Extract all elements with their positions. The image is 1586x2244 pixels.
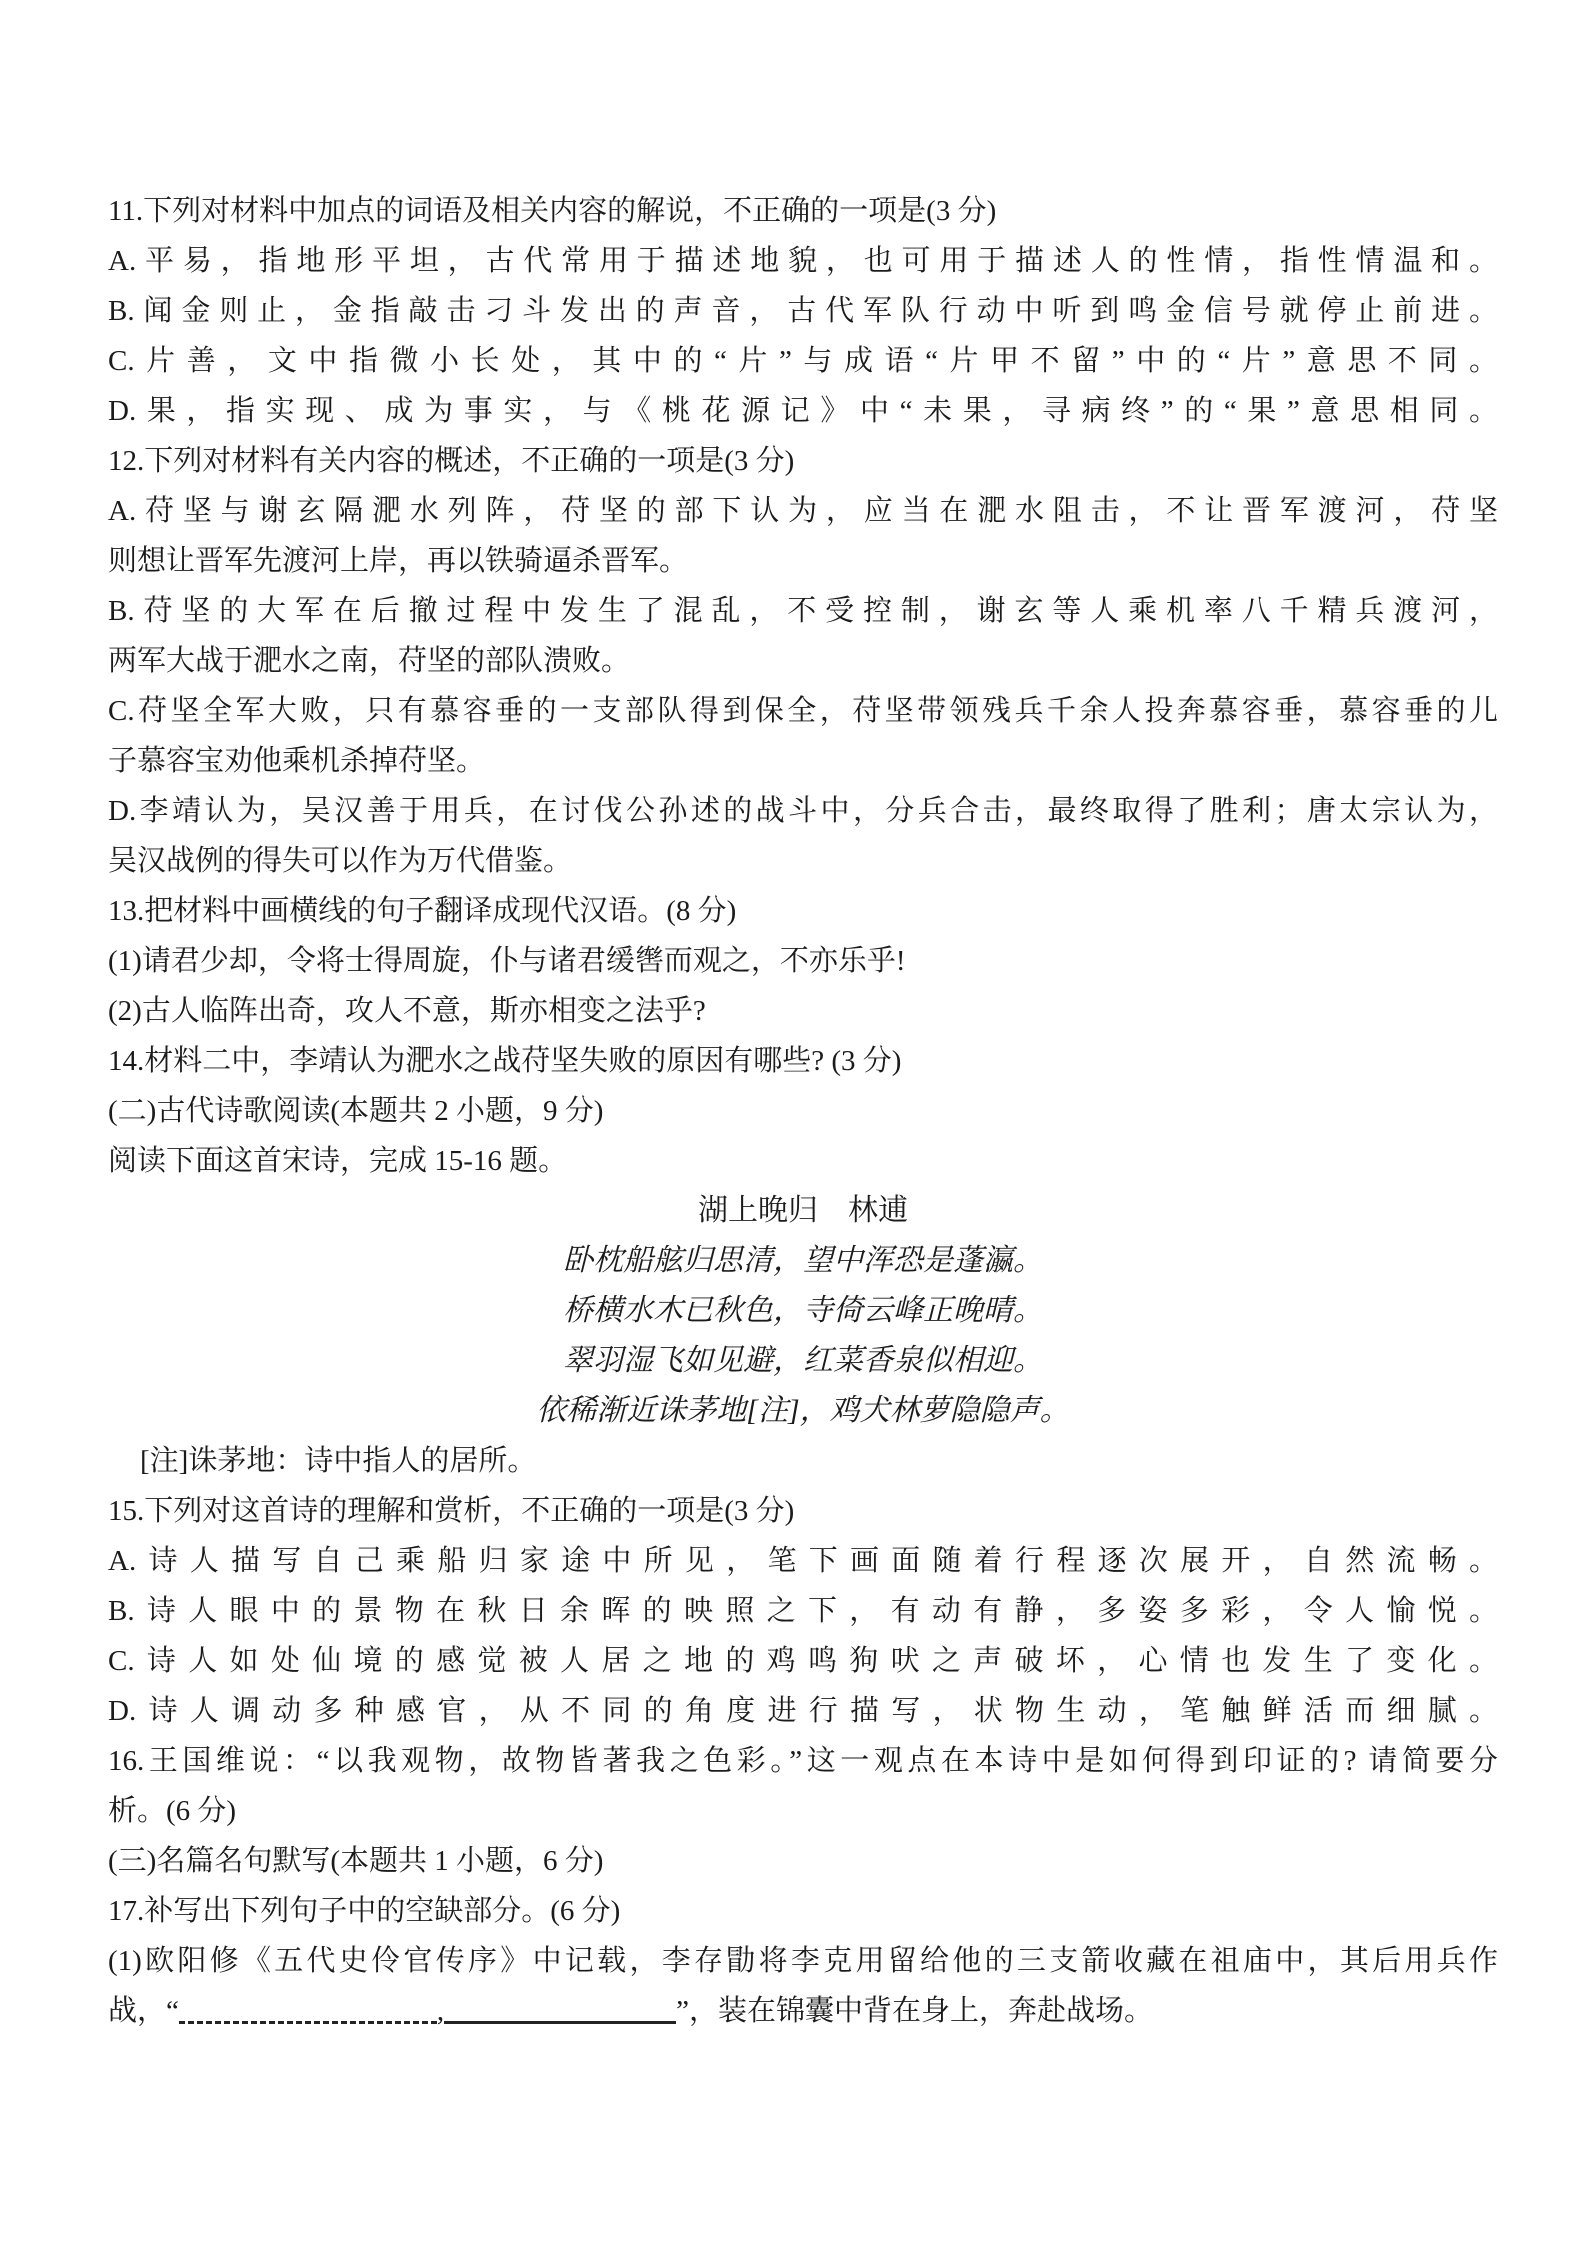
q11-stem: 11.下列对材料中加点的词语及相关内容的解说，不正确的一项是(3 分)	[108, 186, 1498, 236]
poem-line-3: 翠羽湿飞如见避，红菜香泉似相迎。	[108, 1336, 1498, 1386]
q12-option-d-line1: D.李靖认为，吴汉善于用兵，在讨伐公孙述的战斗中，分兵合击，最终取得了胜利；唐太…	[108, 786, 1498, 836]
poem-line-2: 桥横水木已秋色，寺倚云峰正晚晴。	[108, 1286, 1498, 1336]
q17-item-1-line2: 战，“,”，装在锦囊中背在身上，奔赴战场。	[108, 1986, 1498, 2036]
poem-title: 湖上晚归 林逋	[108, 1186, 1498, 1236]
blank-line-prefix: 战，“	[108, 1995, 179, 2027]
q12-stem: 12.下列对材料有关内容的概述，不正确的一项是(3 分)	[108, 436, 1498, 486]
q15-option-c: C.诗人如处仙境的感觉被人居之地的鸡鸣狗吠之声破坏，心情也发生了变化。	[108, 1636, 1498, 1686]
section-2-heading: (二)古代诗歌阅读(本题共 2 小题，9 分)	[108, 1086, 1498, 1136]
q12-option-a-line2: 则想让晋军先渡河上岸，再以铁骑逼杀晋军。	[108, 536, 1498, 586]
q12-option-c-line2: 子慕容宝劝他乘机杀掉苻坚。	[108, 736, 1498, 786]
section-3-heading: (三)名篇名句默写(本题共 1 小题，6 分)	[108, 1836, 1498, 1886]
poem-line-4: 依稀渐近诛茅地[注]，鸡犬林萝隐隐声。	[108, 1386, 1498, 1436]
exam-page: 11.下列对材料中加点的词语及相关内容的解说，不正确的一项是(3 分)A.平易，…	[0, 0, 1586, 2244]
q11-option-a: A.平易，指地形平坦，古代常用于描述地貌，也可用于描述人的性情，指性情温和。	[108, 236, 1498, 286]
q11-option-b: B.闻金则止，金指敲击刁斗发出的声音，古代军队行动中听到鸣金信号就停止前进。	[108, 286, 1498, 336]
q15-option-d: D.诗人调动多种感官，从不同的角度进行描写，状物生动，笔触鲜活而细腻。	[108, 1686, 1498, 1736]
q11-option-d: D.果，指实现、成为事实，与《桃花源记》中“未果，寻病终”的“果”意思相同。	[108, 386, 1498, 436]
q15-option-b: B.诗人眼中的景物在秋日余晖的映照之下，有动有静，多姿多彩，令人愉悦。	[108, 1586, 1498, 1636]
q15-option-a: A.诗人描写自己乘船归家途中所见，笔下画面随着行程逐次展开，自然流畅。	[108, 1536, 1498, 1586]
poem-note: [注]诛茅地：诗中指人的居所。	[108, 1436, 1498, 1486]
q14-stem: 14.材料二中，李靖认为淝水之战苻坚失败的原因有哪些? (3 分)	[108, 1036, 1498, 1086]
q11-option-c: C.片善，文中指微小长处，其中的“片”与成语“片甲不留”中的“片”意思不同。	[108, 336, 1498, 386]
q12-option-b-line2: 两军大战于淝水之南，苻坚的部队溃败。	[108, 636, 1498, 686]
answer-blank-dashed	[179, 1989, 437, 2024]
poem-instruction: 阅读下面这首宋诗，完成 15-16 题。	[108, 1136, 1498, 1186]
q13-sentence-2: (2)古人临阵出奇，攻人不意，斯亦相变之法乎?	[108, 986, 1498, 1036]
poem-line-1: 卧枕船舷归思清，望中浑恐是蓬瀛。	[108, 1236, 1498, 1286]
q13-sentence-1: (1)请君少却，令将士得周旋，仆与诸君缓辔而观之，不亦乐乎!	[108, 936, 1498, 986]
q15-stem: 15.下列对这首诗的理解和赏析，不正确的一项是(3 分)	[108, 1486, 1498, 1536]
q16-stem-line2: 析。(6 分)	[108, 1786, 1498, 1836]
answer-blank-solid	[444, 1989, 676, 2024]
q12-option-c-line1: C.苻坚全军大败，只有慕容垂的一支部队得到保全，苻坚带领残兵千余人投奔慕容垂，慕…	[108, 686, 1498, 736]
blank-line-suffix: ”，装在锦囊中背在身上，奔赴战场。	[676, 1995, 1153, 2027]
q13-stem: 13.把材料中画横线的句子翻译成现代汉语。(8 分)	[108, 886, 1498, 936]
blank-line-separator: ,	[437, 1995, 444, 2027]
q12-option-a-line1: A.苻坚与谢玄隔淝水列阵，苻坚的部下认为，应当在淝水阻击，不让晋军渡河，苻坚	[108, 486, 1498, 536]
q12-option-d-line2: 吴汉战例的得失可以作为万代借鉴。	[108, 836, 1498, 886]
q12-option-b-line1: B.苻坚的大军在后撤过程中发生了混乱，不受控制，谢玄等人乘机率八千精兵渡河，	[108, 586, 1498, 636]
q16-stem-line1: 16.王国维说：“以我观物，故物皆著我之色彩。”这一观点在本诗中是如何得到印证的…	[108, 1736, 1498, 1786]
q17-stem: 17.补写出下列句子中的空缺部分。(6 分)	[108, 1886, 1498, 1936]
exam-content: 11.下列对材料中加点的词语及相关内容的解说，不正确的一项是(3 分)A.平易，…	[0, 0, 1586, 2036]
q17-item-1-line1: (1)欧阳修《五代史伶官传序》中记载，李存勖将李克用留给他的三支箭收藏在祖庙中，…	[108, 1936, 1498, 1986]
